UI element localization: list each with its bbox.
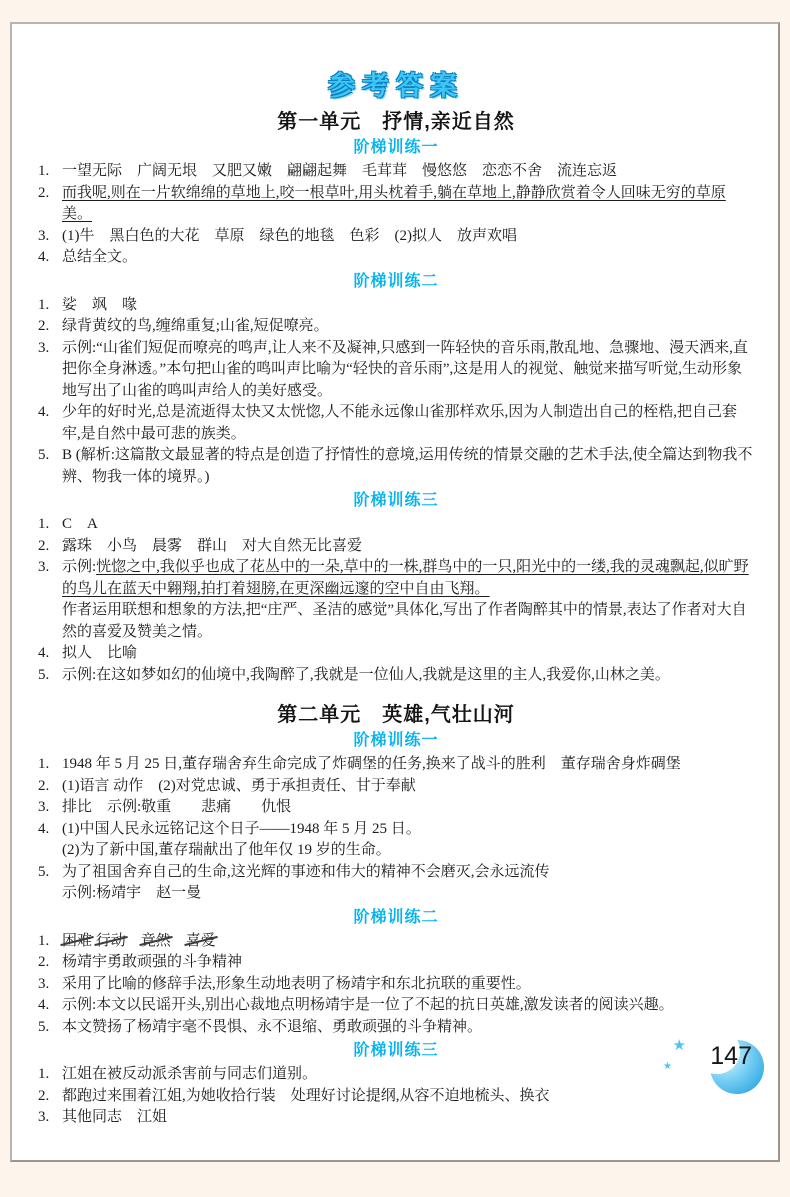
unit-title: 第二单元 英雄,气壮山河 (38, 702, 754, 728)
answer-number: 5. (38, 665, 62, 687)
answer-item: 4.(1)中国人民永远铭记这个日子——1948 年 5 月 25 日。(2)为了… (38, 819, 754, 862)
answer-line: 而我呢,则在一片软绵绵的草地上,咬一根草叶,用头枕着手,躺在草地上,静静欣赏着令… (62, 183, 754, 226)
answer-line: 示例:“山雀们短促而嘹亮的鸣声,让人来不及凝神,只感到一阵轻快的音乐雨,散乱地、… (62, 338, 754, 403)
answer-text: 行动 (96, 931, 126, 953)
answer-item: 4.示例:本文以民谣开头,别出心裁地点明杨靖宇是一位了不起的抗日英雄,激发读者的… (38, 995, 754, 1017)
answer-line: 采用了比喻的修辞手法,形象生动地表明了杨靖宇和东北抗联的重要性。 (62, 974, 754, 996)
answer-body: (1)语言 动作 (2)对党忠诚、勇于承担责任、甘于奉献 (62, 776, 754, 798)
training-heading: 阶梯训练二 (38, 272, 754, 292)
answer-body: 露珠 小鸟 晨雾 群山 对大自然无比喜爱 (62, 536, 754, 558)
answer-text: 示例:“山雀们短促而嘹亮的鸣声,让人来不及凝神,只感到一阵轻快的音乐雨,散乱地、… (62, 340, 748, 399)
answer-text (171, 933, 186, 949)
answer-item: 3.采用了比喻的修辞手法,形象生动地表明了杨靖宇和东北抗联的重要性。 (38, 974, 754, 996)
answer-text: 困难 (62, 931, 92, 953)
answer-text: 示例:本文以民谣开头,别出心裁地点明杨靖宇是一位了不起的抗日英雄,激发读者的阅读… (62, 997, 674, 1013)
answer-text: 1948 年 5 月 25 日,董存瑞舍弃生命完成了炸碉堡的任务,换来了战斗的胜… (62, 756, 681, 772)
answer-line: 排比 示例:敬重 悲痛 仇恨 (62, 797, 754, 819)
star-icon-small: ★ (663, 1062, 672, 1072)
page-number-moon: ★ ★ 147 (640, 1030, 770, 1114)
answer-text: 为了祖国舍弃自己的生命,这光辉的事迹和伟大的精神不会磨灭,会永远流传 (62, 864, 550, 880)
answer-line: 为了祖国舍弃自己的生命,这光辉的事迹和伟大的精神不会磨灭,会永远流传 (62, 862, 754, 884)
answer-text: 本文赞扬了杨靖宇毫不畏惧、永不退缩、勇敢顽强的斗争精神。 (62, 1019, 482, 1035)
answer-line: 杨靖宇勇敢顽强的斗争精神 (62, 952, 754, 974)
training-heading: 阶梯训练一 (38, 138, 754, 158)
answer-text: (2)为了新中国,董存瑞献出了他年仅 19 岁的生命。 (62, 842, 391, 858)
answer-number: 5. (38, 445, 62, 488)
answer-line: 1948 年 5 月 25 日,董存瑞舍弃生命完成了炸碉堡的任务,换来了战斗的胜… (62, 754, 754, 776)
answer-body: 1948 年 5 月 25 日,董存瑞舍弃生命完成了炸碉堡的任务,换来了战斗的胜… (62, 754, 754, 776)
answer-number: 4. (38, 643, 62, 665)
answer-item: 4.拟人 比喻 (38, 643, 754, 665)
answer-text: 竟然 (141, 931, 171, 953)
answer-number: 4. (38, 402, 62, 445)
answer-number: 3. (38, 557, 62, 643)
answer-text: 绿背黄纹的鸟,缠绵重复;山雀,短促嘹亮。 (62, 318, 329, 334)
answer-number: 3. (38, 338, 62, 403)
answer-line: (1)中国人民永远铭记这个日子——1948 年 5 月 25 日。 (62, 819, 754, 841)
answer-line: 示例:恍惚之中,我似乎也成了花丛中的一朵,草中的一株,群鸟中的一只,阳光中的一缕… (62, 557, 754, 600)
answer-body: (1)中国人民永远铭记这个日子——1948 年 5 月 25 日。(2)为了新中… (62, 819, 754, 862)
answer-item: 1.1948 年 5 月 25 日,董存瑞舍弃生命完成了炸碉堡的任务,换来了战斗… (38, 754, 754, 776)
answer-text: 少年的好时光,总是流逝得太快又太恍惚,人不能永远像山雀那样欢乐,因为人制造出自己… (62, 404, 737, 442)
answer-text: 一望无际 广阔无垠 又肥又嫩 翩翩起舞 毛茸茸 慢悠悠 恋恋不舍 流连忘返 (62, 163, 617, 179)
answer-item: 2.绿背黄纹的鸟,缠绵重复;山雀,短促嘹亮。 (38, 316, 754, 338)
answers: 第一单元 抒情,亲近自然阶梯训练一1.一望无际 广阔无垠 又肥又嫩 翩翩起舞 毛… (38, 109, 754, 1129)
answer-text: 恍惚之中,我似乎也成了花丛中的一朵,草中的一株,群鸟中的一只,阳光中的一缕,我的… (62, 559, 749, 597)
answer-text: 而我呢,则在一片软绵绵的草地上,咬一根草叶,用头枕着手,躺在草地上,静静欣赏着令… (62, 185, 726, 223)
answer-number: 5. (38, 862, 62, 905)
answer-body: 采用了比喻的修辞手法,形象生动地表明了杨靖宇和东北抗联的重要性。 (62, 974, 754, 996)
answer-body: 一望无际 广阔无垠 又肥又嫩 翩翩起舞 毛茸茸 慢悠悠 恋恋不舍 流连忘返 (62, 161, 754, 183)
answer-text: B (解析:这篇散文最显著的特点是创造了抒情性的意境,运用传统的情景交融的艺术手… (62, 447, 752, 485)
answer-body: (1)牛 黑白色的大花 草原 绿色的地毯 色彩 (2)拟人 放声欢唱 (62, 226, 754, 248)
answer-line: 作者运用联想和想象的方法,把“庄严、圣洁的感觉”具体化,写出了作者陶醉其中的情景… (62, 600, 754, 643)
answer-body: 娑 飒 喙 (62, 295, 754, 317)
answer-number: 2. (38, 776, 62, 798)
answer-number: 3. (38, 974, 62, 996)
answer-body: C A (62, 514, 754, 536)
answer-text: 露珠 小鸟 晨雾 群山 对大自然无比喜爱 (62, 538, 362, 554)
answer-item: 2.露珠 小鸟 晨雾 群山 对大自然无比喜爱 (38, 536, 754, 558)
answer-line: 示例:杨靖宇 赵一曼 (62, 883, 754, 905)
answer-text: 示例: (62, 559, 96, 575)
answer-page: 参考答案 第一单元 抒情,亲近自然阶梯训练一1.一望无际 广阔无垠 又肥又嫩 翩… (10, 22, 780, 1162)
answer-text: 采用了比喻的修辞手法,形象生动地表明了杨靖宇和东北抗联的重要性。 (62, 976, 531, 992)
answer-text: (1)牛 黑白色的大花 草原 绿色的地毯 色彩 (2)拟人 放声欢唱 (62, 228, 517, 244)
answer-item: 3.示例:恍惚之中,我似乎也成了花丛中的一朵,草中的一株,群鸟中的一只,阳光中的… (38, 557, 754, 643)
answer-body: 示例:在这如梦如幻的仙境中,我陶醉了,我就是一位仙人,我就是这里的主人,我爱你,… (62, 665, 754, 687)
answer-line: 娑 飒 喙 (62, 295, 754, 317)
answer-number: 1. (38, 754, 62, 776)
page-title: 参考答案 (38, 64, 754, 103)
star-icon: ★ (673, 1038, 686, 1053)
answer-body: 绿背黄纹的鸟,缠绵重复;山雀,短促嘹亮。 (62, 316, 754, 338)
answer-item: 2.而我呢,则在一片软绵绵的草地上,咬一根草叶,用头枕着手,躺在草地上,静静欣赏… (38, 183, 754, 226)
answer-number: 2. (38, 183, 62, 226)
answer-item: 1.困难 行动 竟然 喜爱 (38, 931, 754, 953)
answer-line: 拟人 比喻 (62, 643, 754, 665)
answer-line: 少年的好时光,总是流逝得太快又太恍惚,人不能永远像山雀那样欢乐,因为人制造出自己… (62, 402, 754, 445)
answer-item: 5.为了祖国舍弃自己的生命,这光辉的事迹和伟大的精神不会磨灭,会永远流传示例:杨… (38, 862, 754, 905)
answer-number: 4. (38, 995, 62, 1017)
answer-text: 娑 飒 喙 (62, 297, 137, 313)
answer-item: 1.娑 飒 喙 (38, 295, 754, 317)
answer-line: 露珠 小鸟 晨雾 群山 对大自然无比喜爱 (62, 536, 754, 558)
answer-text: C A (62, 516, 98, 532)
answer-line: 一望无际 广阔无垠 又肥又嫩 翩翩起舞 毛茸茸 慢悠悠 恋恋不舍 流连忘返 (62, 161, 754, 183)
answer-item: 2.(1)语言 动作 (2)对党忠诚、勇于承担责任、甘于奉献 (38, 776, 754, 798)
answer-body: 总结全文。 (62, 247, 754, 269)
answer-body: 示例:恍惚之中,我似乎也成了花丛中的一朵,草中的一株,群鸟中的一只,阳光中的一缕… (62, 557, 754, 643)
answer-item: 5.B (解析:这篇散文最显著的特点是创造了抒情性的意境,运用传统的情景交融的艺… (38, 445, 754, 488)
answer-text: 总结全文。 (62, 249, 137, 265)
page-number: 147 (710, 1042, 752, 1071)
answer-line: (1)语言 动作 (2)对党忠诚、勇于承担责任、甘于奉献 (62, 776, 754, 798)
answer-text: 喜爱 (186, 931, 216, 953)
training-heading: 阶梯训练一 (38, 731, 754, 751)
answer-text: (1)中国人民永远铭记这个日子——1948 年 5 月 25 日。 (62, 821, 421, 837)
answer-number: 2. (38, 1086, 62, 1108)
answer-line: 困难 行动 竟然 喜爱 (62, 931, 754, 953)
answer-body: 拟人 比喻 (62, 643, 754, 665)
answer-number: 2. (38, 952, 62, 974)
answer-text: 示例:杨靖宇 赵一曼 (62, 885, 201, 901)
answer-number: 1. (38, 931, 62, 953)
answer-item: 2.杨靖宇勇敢顽强的斗争精神 (38, 952, 754, 974)
training-heading: 阶梯训练二 (38, 908, 754, 928)
answer-body: 排比 示例:敬重 悲痛 仇恨 (62, 797, 754, 819)
answer-line: 总结全文。 (62, 247, 754, 269)
answer-body: 杨靖宇勇敢顽强的斗争精神 (62, 952, 754, 974)
answer-body: 困难 行动 竟然 喜爱 (62, 931, 754, 953)
answer-text: 作者运用联想和想象的方法,把“庄严、圣洁的感觉”具体化,写出了作者陶醉其中的情景… (62, 602, 747, 640)
answer-number: 4. (38, 247, 62, 269)
answer-number: 2. (38, 536, 62, 558)
answer-item: 1.C A (38, 514, 754, 536)
answer-text: (1)语言 动作 (2)对党忠诚、勇于承担责任、甘于奉献 (62, 778, 416, 794)
answer-line: B (解析:这篇散文最显著的特点是创造了抒情性的意境,运用传统的情景交融的艺术手… (62, 445, 754, 488)
answer-item: 3.示例:“山雀们短促而嘹亮的鸣声,让人来不及凝神,只感到一阵轻快的音乐雨,散乱… (38, 338, 754, 403)
answer-number: 1. (38, 514, 62, 536)
answer-number: 1. (38, 295, 62, 317)
answer-text: 江姐在被反动派杀害前与同志们道别。 (62, 1066, 317, 1082)
answer-body: B (解析:这篇散文最显著的特点是创造了抒情性的意境,运用传统的情景交融的艺术手… (62, 445, 754, 488)
answer-text: 拟人 比喻 (62, 645, 137, 661)
answer-text: 杨靖宇勇敢顽强的斗争精神 (62, 954, 242, 970)
answer-item: 4.总结全文。 (38, 247, 754, 269)
unit-title: 第一单元 抒情,亲近自然 (38, 109, 754, 135)
answer-item: 1.一望无际 广阔无垠 又肥又嫩 翩翩起舞 毛茸茸 慢悠悠 恋恋不舍 流连忘返 (38, 161, 754, 183)
answer-body: 为了祖国舍弃自己的生命,这光辉的事迹和伟大的精神不会磨灭,会永远流传示例:杨靖宇… (62, 862, 754, 905)
answer-text: 都跑过来围着江姐,为她收拾行装 处理好讨论提纲,从容不迫地梳头、换衣 (62, 1088, 550, 1104)
answer-line: 示例:本文以民谣开头,别出心裁地点明杨靖宇是一位了不起的抗日英雄,激发读者的阅读… (62, 995, 754, 1017)
answer-number: 2. (38, 316, 62, 338)
answer-body: 示例:本文以民谣开头,别出心裁地点明杨靖宇是一位了不起的抗日英雄,激发读者的阅读… (62, 995, 754, 1017)
answer-number: 3. (38, 797, 62, 819)
answer-line: C A (62, 514, 754, 536)
answer-body: 而我呢,则在一片软绵绵的草地上,咬一根草叶,用头枕着手,躺在草地上,静静欣赏着令… (62, 183, 754, 226)
answer-body: 示例:“山雀们短促而嘹亮的鸣声,让人来不及凝神,只感到一阵轻快的音乐雨,散乱地、… (62, 338, 754, 403)
answer-text: 示例:在这如梦如幻的仙境中,我陶醉了,我就是一位仙人,我就是这里的主人,我爱你,… (62, 667, 670, 683)
answer-number: 1. (38, 1064, 62, 1086)
answer-text: 其他同志 江姐 (62, 1109, 167, 1125)
answer-number: 4. (38, 819, 62, 862)
answer-item: 3.排比 示例:敬重 悲痛 仇恨 (38, 797, 754, 819)
answer-number: 1. (38, 161, 62, 183)
answer-line: (2)为了新中国,董存瑞献出了他年仅 19 岁的生命。 (62, 840, 754, 862)
answer-item: 3.(1)牛 黑白色的大花 草原 绿色的地毯 色彩 (2)拟人 放声欢唱 (38, 226, 754, 248)
answer-text: 排比 示例:敬重 悲痛 仇恨 (62, 799, 291, 815)
answer-line: 绿背黄纹的鸟,缠绵重复;山雀,短促嘹亮。 (62, 316, 754, 338)
answer-item: 4.少年的好时光,总是流逝得太快又太恍惚,人不能永远像山雀那样欢乐,因为人制造出… (38, 402, 754, 445)
answer-body: 少年的好时光,总是流逝得太快又太恍惚,人不能永远像山雀那样欢乐,因为人制造出自己… (62, 402, 754, 445)
answer-text (126, 933, 141, 949)
answer-line: 示例:在这如梦如幻的仙境中,我陶醉了,我就是一位仙人,我就是这里的主人,我爱你,… (62, 665, 754, 687)
answer-line: (1)牛 黑白色的大花 草原 绿色的地毯 色彩 (2)拟人 放声欢唱 (62, 226, 754, 248)
answer-number: 3. (38, 1107, 62, 1129)
answer-number: 3. (38, 226, 62, 248)
answer-number: 5. (38, 1017, 62, 1039)
training-heading: 阶梯训练三 (38, 491, 754, 511)
answer-item: 5.示例:在这如梦如幻的仙境中,我陶醉了,我就是一位仙人,我就是这里的主人,我爱… (38, 665, 754, 687)
